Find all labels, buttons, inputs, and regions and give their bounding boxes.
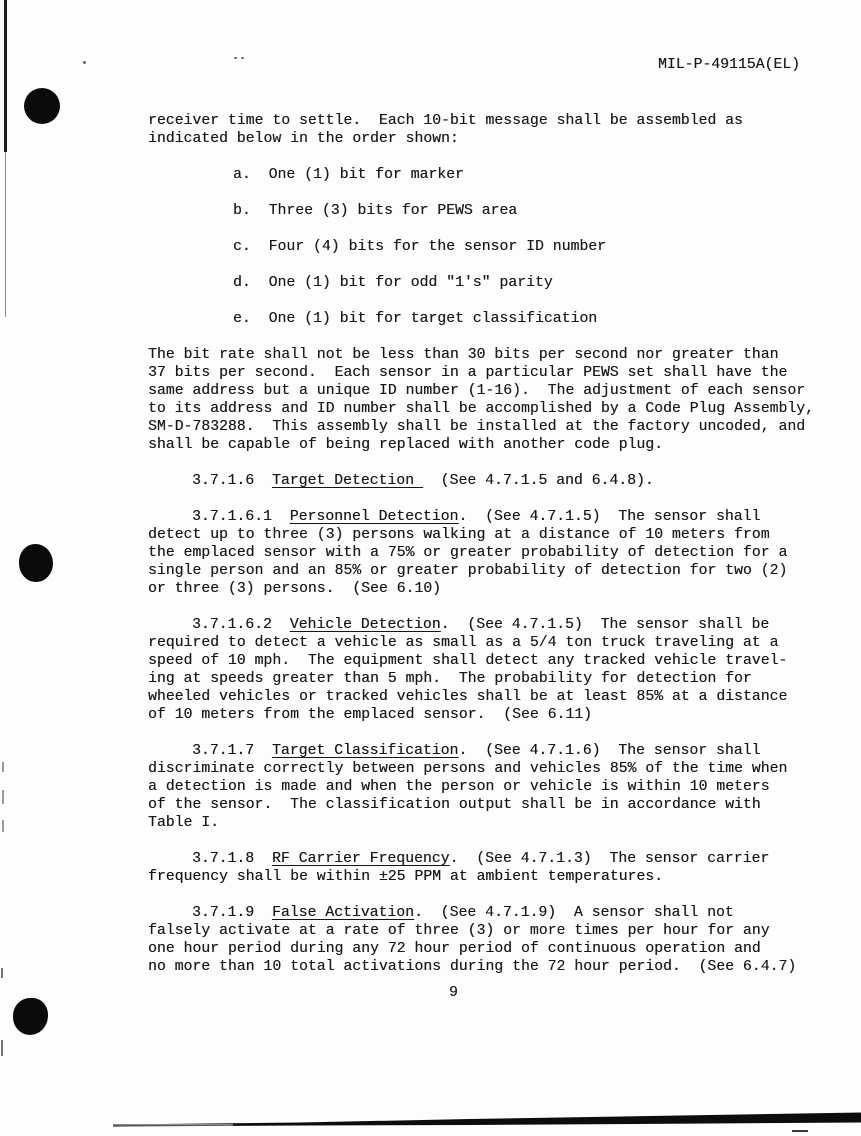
body-line: required to detect a vehicle as small as… [148,634,848,652]
section-heading: 3.7.1.7Target Classification. (See 4.7.1… [148,742,848,760]
bit-rate-paragraph: The bit rate shall not be less than 30 b… [148,346,848,454]
section-heading-rest: (See 4.7.1.5 and 6.4.8). [423,473,654,489]
section-vehicle-detection: 3.7.1.6.2Vehicle Detection. (See 4.7.1.5… [148,616,848,724]
list-item: a.One (1) bit for marker [148,166,848,184]
section-heading-rest: . (See 4.7.1.9) A sensor shall not [414,905,734,921]
list-item: d.One (1) bit for odd "1's" parity [148,274,848,292]
list-item: c.Four (4) bits for the sensor ID number [148,238,848,256]
punch-hole [19,544,53,582]
section-heading-rest: . (See 4.7.1.5) The sensor shall be [441,617,770,633]
body-line: SM-D-783288. This assembly shall be inst… [148,418,848,436]
scan-speck [83,61,86,64]
section-number: 3.7.1.6.2 [192,617,272,633]
section-number: 3.7.1.6.1 [192,509,272,525]
body-line: frequency shall be within ±25 PPM at amb… [148,868,848,886]
scan-artifact [2,762,4,772]
punch-hole [13,998,48,1035]
document-number: MIL-P-49115A(EL) [658,57,800,73]
scan-edge-bar [0,1108,861,1136]
body-line: discriminate correctly between persons a… [148,760,848,778]
section-title: Personnel Detection [290,509,459,525]
list-item: b.Three (3) bits for PEWS area [148,202,848,220]
section-heading: 3.7.1.9False Activation. (See 4.7.1.9) A… [148,904,848,922]
page-edge-line-faint [5,152,6,317]
section-heading-rest: . (See 4.7.1.6) The sensor shall [458,743,760,759]
body-line: falsely activate at a rate of three (3) … [148,922,848,940]
scanned-document-page: MIL-P-49115A(EL) receiver time to settle… [0,0,861,1136]
section-number: 3.7.1.9 [192,905,254,921]
list-item-label: e. [233,311,251,327]
list-item-label: d. [233,275,251,291]
list-item-text: One (1) bit for target classification [269,311,598,327]
page-number: 9 [449,985,458,1001]
section-number: 3.7.1.7 [192,743,254,759]
scan-artifact [1,968,3,978]
body-line: no more than 10 total activations during… [148,958,848,976]
section-title: Vehicle Detection [290,617,441,633]
section-heading-rest: . (See 4.7.1.3) The sensor carrier [450,851,770,867]
scan-artifact [792,1130,808,1132]
body-line: of 10 meters from the emplaced sensor. (… [148,706,848,724]
scan-artifact [2,790,4,804]
section-number: 3.7.1.6 [192,473,254,489]
section-personnel-detection: 3.7.1.6.1Personnel Detection. (See 4.7.1… [148,508,848,598]
body-line: Table I. [148,814,848,832]
body-line: ing at speeds greater than 5 mph. The pr… [148,670,848,688]
body-line: indicated below in the order shown: [148,130,848,148]
body-line: single person and an 85% or greater prob… [148,562,848,580]
list-item-text: One (1) bit for odd "1's" parity [269,275,553,291]
section-number: 3.7.1.8 [192,851,254,867]
body-line: receiver time to settle. Each 10-bit mes… [148,112,848,130]
list-item-text: Three (3) bits for PEWS area [269,203,518,219]
section-heading: 3.7.1.6.2Vehicle Detection. (See 4.7.1.5… [148,616,848,634]
document-body: receiver time to settle. Each 10-bit mes… [148,112,848,994]
section-false-activation: 3.7.1.9False Activation. (See 4.7.1.9) A… [148,904,848,976]
section-title: False Activation [272,905,414,921]
list-item-text: One (1) bit for marker [269,167,464,183]
scan-speck [241,57,244,59]
intro-paragraph: receiver time to settle. Each 10-bit mes… [148,112,848,148]
list-item-label: a. [233,167,251,183]
scan-artifact [1,1040,3,1056]
section-heading: 3.7.1.8RF Carrier Frequency. (See 4.7.1.… [148,850,848,868]
list-item: e.One (1) bit for target classification [148,310,848,328]
section-heading-rest: . (See 4.7.1.5) The sensor shall [458,509,760,525]
scan-artifact [2,820,4,832]
body-line: one hour period during any 72 hour perio… [148,940,848,958]
page-edge-line [4,0,7,152]
body-line: of the sensor. The classification output… [148,796,848,814]
body-line: to its address and ID number shall be ac… [148,400,848,418]
punch-hole [24,88,60,124]
body-line: wheeled vehicles or tracked vehicles sha… [148,688,848,706]
section-title: Target Classification [272,743,458,759]
section-title: RF Carrier Frequency [272,851,450,867]
section-title: Target Detection [272,473,423,489]
body-line: shall be capable of being replaced with … [148,436,848,454]
body-line: the emplaced sensor with a 75% or greate… [148,544,848,562]
list-item-label: c. [233,239,251,255]
body-line: The bit rate shall not be less than 30 b… [148,346,848,364]
section-heading: 3.7.1.6Target Detection (See 4.7.1.5 and… [148,472,848,490]
section-target-classification: 3.7.1.7Target Classification. (See 4.7.1… [148,742,848,832]
body-line: or three (3) persons. (See 6.10) [148,580,848,598]
body-line: 37 bits per second. Each sensor in a par… [148,364,848,382]
body-line: speed of 10 mph. The equipment shall det… [148,652,848,670]
section-heading: 3.7.1.6.1Personnel Detection. (See 4.7.1… [148,508,848,526]
body-line: detect up to three (3) persons walking a… [148,526,848,544]
section-target-detection: 3.7.1.6Target Detection (See 4.7.1.5 and… [148,472,848,490]
scan-speck [234,57,237,59]
body-line: a detection is made and when the person … [148,778,848,796]
list-item-text: Four (4) bits for the sensor ID number [269,239,606,255]
body-line: same address but a unique ID number (1-1… [148,382,848,400]
list-item-label: b. [233,203,251,219]
bit-list: a.One (1) bit for marker b.Three (3) bit… [148,166,848,328]
section-rf-carrier-frequency: 3.7.1.8RF Carrier Frequency. (See 4.7.1.… [148,850,848,886]
